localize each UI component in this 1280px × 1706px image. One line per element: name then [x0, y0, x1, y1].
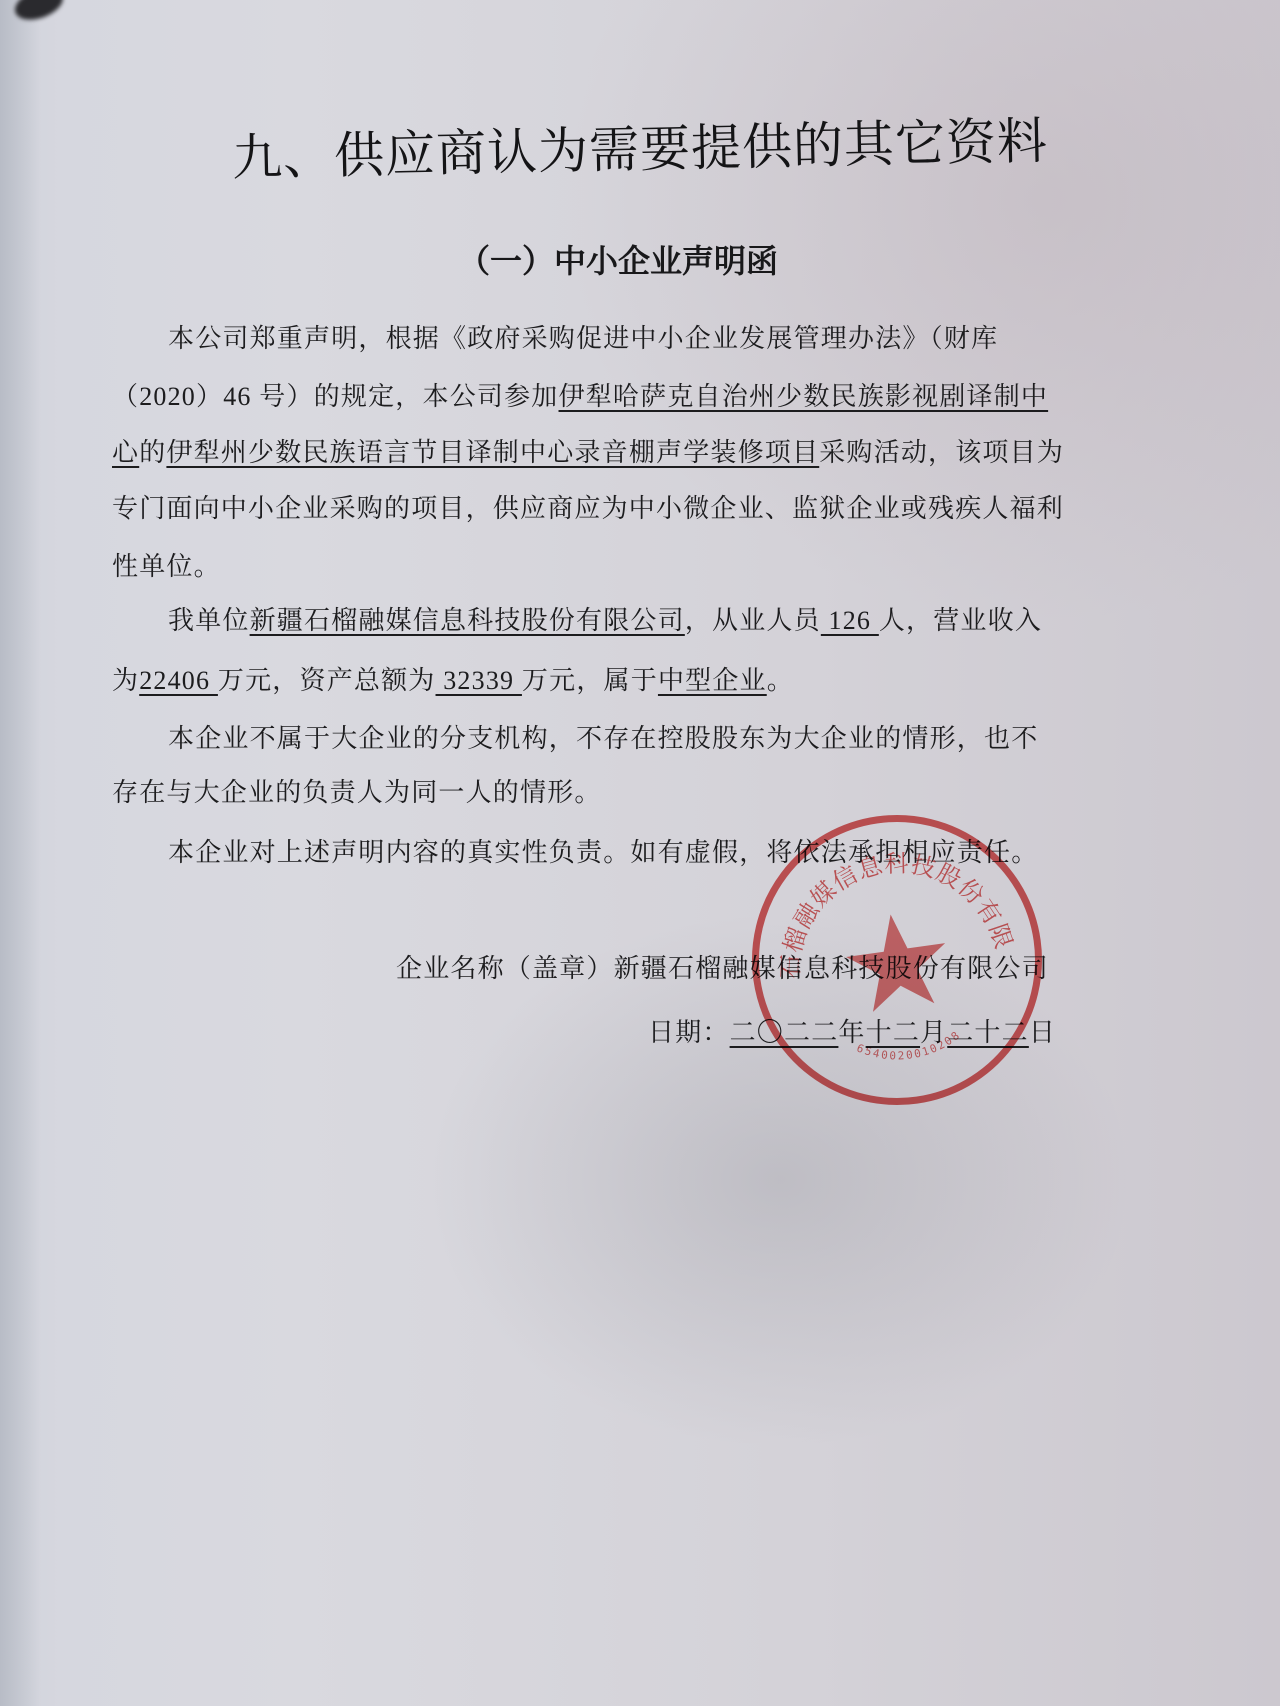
paragraph-1-line-1: 本公司郑重声明，根据《政府采购促进中小企业发展管理办法》（财库: [168, 318, 998, 355]
paragraph-3-line-1: 本企业不属于大企业的分支机构，不存在控股股东为大企业的情形，也不: [168, 718, 1038, 755]
seal-code-text: 6540020010208: [853, 1027, 965, 1069]
paragraph-1-line-3: 心的伊犁州少数民族语言节目译制中心录音棚声学装修项目采购活动，该项目为: [112, 432, 1064, 469]
photo-corner-shadow: [11, 0, 68, 26]
company-seal: 新疆石榴融媒信息科技股份有限公司 6540020010208: [733, 796, 1061, 1124]
project-name-field: 伊犁州少数民族语言节目译制中心录音棚声学装修项目: [166, 438, 819, 468]
paragraph-1-line-2: （2020）46 号）的规定，本公司参加伊犁哈萨克自治州少数民族影视剧译制中: [112, 376, 1048, 413]
section-title: 九、供应商认为需要提供的其它资料: [231, 101, 1048, 190]
revenue-field: 22406: [139, 666, 218, 695]
paragraph-1-line-5: 性单位。: [112, 546, 221, 583]
declaration-title: （一）中小企业声明函: [458, 236, 778, 282]
paragraph-2-line-1: 我单位新疆石榴融媒信息科技股份有限公司，从业人员 126 人，营业收入: [168, 600, 1042, 637]
project-owner-field: 伊犁哈萨克自治州少数民族影视剧译制中: [559, 382, 1049, 412]
svg-text:6540020010208: 6540020010208: [853, 1027, 965, 1069]
seal-graphic: 新疆石榴融媒信息科技股份有限公司 6540020010208: [741, 804, 1053, 1116]
assets-field: 32339: [436, 666, 522, 695]
enterprise-type-field: 中型企业: [658, 666, 767, 696]
document-page: 九、供应商认为需要提供的其它资料 （一）中小企业声明函 本公司郑重声明，根据《政…: [0, 0, 1280, 1706]
paragraph-1-line-4: 专门面向中小企业采购的项目，供应商应为中小微企业、监狱企业或残疾人福利: [112, 488, 1064, 525]
company-name-field: 新疆石榴融媒信息科技股份有限公司: [250, 606, 685, 636]
seal-star-icon: [841, 907, 953, 1014]
signature-label: 企业名称（盖章）: [396, 954, 614, 984]
date-label: 日期：: [648, 1018, 730, 1048]
paragraph-2-line-2: 为22406 万元，资产总额为 32339 万元，属于中型企业。: [112, 660, 794, 697]
employees-field: 126: [821, 606, 879, 635]
paragraph-3-line-2: 存在与大企业的负责人为同一人的情形。: [112, 772, 602, 809]
